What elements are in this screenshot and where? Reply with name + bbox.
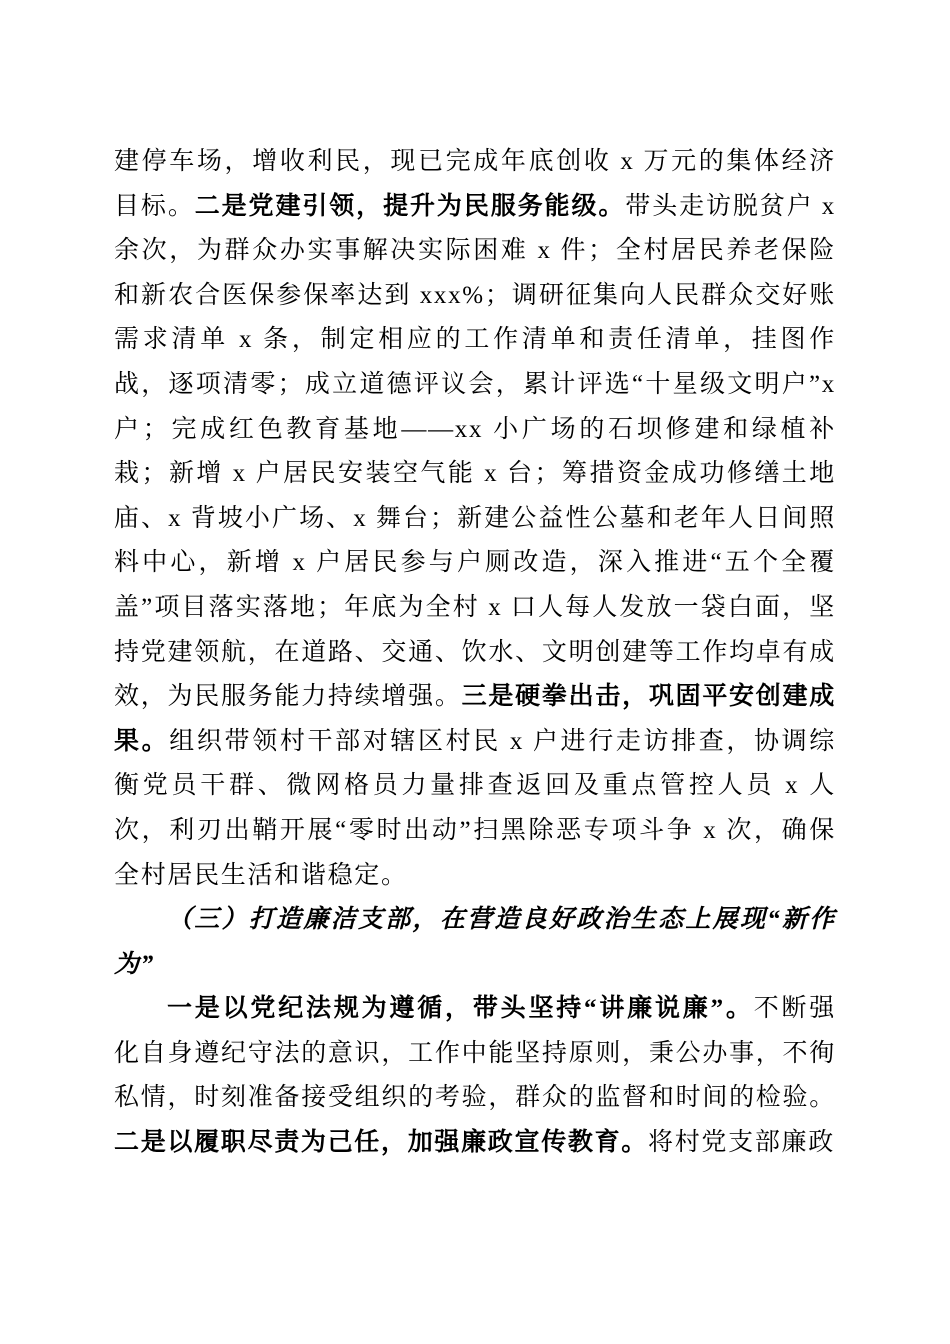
text-run: 将村党支部廉政 [648, 1129, 835, 1156]
text-run: 带头走访脱贫户 x 余次，为群众办实事解决实际困难 x 件；全村居民养老保险和新… [114, 193, 836, 711]
paragraph-continuation: 建停车场，增收利民，现已完成年底创收 x 万元的集体经济目标。二是党建引领，提升… [114, 140, 836, 898]
section-heading: （三）打造廉洁支部，在营造良好政治生态上展现“新作为” [114, 898, 836, 987]
text-run-bold: 一是以党纪法规为遵循，带头坚持“讲廉说廉”。 [167, 995, 754, 1022]
document-body: 建停车场，增收利民，现已完成年底创收 x 万元的集体经济目标。二是党建引领，提升… [114, 140, 836, 1166]
section-heading-text: （三）打造廉洁支部，在营造良好政治生态上展现“新作为” [114, 906, 836, 978]
document-page: 建停车场，增收利民，现已完成年底创收 x 万元的集体经济目标。二是党建引领，提升… [0, 0, 950, 1344]
text-run-bold: 二是以履职尽责为己任，加强廉政宣传教育。 [114, 1129, 648, 1156]
text-run: 组织带领村干部对辖区村民 x 户进行走访排查，协调综衡党员干群、微网格员力量排查… [114, 728, 836, 889]
paragraph: 一是以党纪法规为遵循，带头坚持“讲廉说廉”。不断强化自身遵纪守法的意识，工作中能… [114, 987, 836, 1165]
text-run-bold: 二是党建引领，提升为民服务能级。 [195, 193, 626, 220]
